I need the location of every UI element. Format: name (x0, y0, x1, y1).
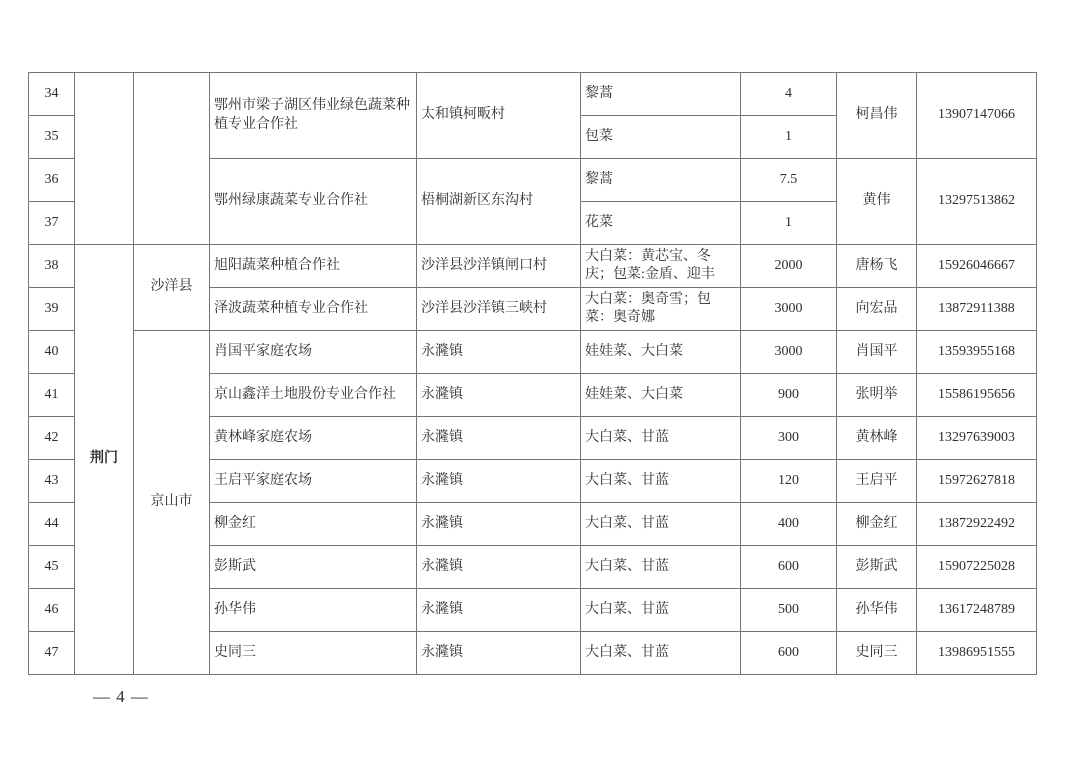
county-cell-jingshan: 京山市 (134, 331, 210, 675)
county-cell-empty (134, 73, 210, 245)
vegetable-cell: 黎蒿 (581, 159, 741, 202)
phone-cell: 15972627818 (917, 460, 1037, 503)
org-name-cell: 鄂州绿康蔬菜专业合作社 (210, 159, 417, 245)
phone-cell: 15926046667 (917, 245, 1037, 288)
quantity-cell: 600 (741, 632, 837, 675)
org-name-cell: 旭阳蔬菜种植合作社 (210, 245, 417, 288)
vegetable-cell: 大白菜、甘蓝 (581, 460, 741, 503)
org-name-cell: 孙华伟 (210, 589, 417, 632)
phone-cell: 13872922492 (917, 503, 1037, 546)
contact-cell: 王启平 (837, 460, 917, 503)
org-name-cell: 黄林峰家庭农场 (210, 417, 417, 460)
contact-cell: 彭斯武 (837, 546, 917, 589)
county-cell-shayang: 沙洋县 (134, 245, 210, 331)
phone-cell: 15586195656 (917, 374, 1037, 417)
contact-cell: 孙华伟 (837, 589, 917, 632)
contact-cell: 肖国平 (837, 331, 917, 374)
village-cell: 永漋镇 (417, 374, 581, 417)
org-name-cell: 王启平家庭农场 (210, 460, 417, 503)
vegetable-cell: 娃娃菜、大白菜 (581, 331, 741, 374)
document-page: 34 鄂州市梁子湖区伟业绿色蔬菜种植专业合作社 太和镇柯畈村 黎蒿 4 柯昌伟 … (0, 0, 1080, 764)
page-footer: — 4 — (93, 687, 149, 707)
serial-cell: 38 (29, 245, 75, 288)
quantity-cell: 600 (741, 546, 837, 589)
serial-cell: 41 (29, 374, 75, 417)
city-cell-empty (75, 73, 134, 245)
vegetable-cell: 大白菜：黄芯宝、冬庆；包菜:金盾、迎丰 (581, 245, 741, 288)
org-name-cell: 京山鑫洋土地股份专业合作社 (210, 374, 417, 417)
village-cell: 梧桐湖新区东沟村 (417, 159, 581, 245)
village-cell: 永漋镇 (417, 460, 581, 503)
village-cell: 沙洋县沙洋镇闸口村 (417, 245, 581, 288)
serial-cell: 37 (29, 202, 75, 245)
phone-cell: 13593955168 (917, 331, 1037, 374)
vegetable-cell: 大白菜、甘蓝 (581, 417, 741, 460)
phone-cell: 13297639003 (917, 417, 1037, 460)
serial-cell: 46 (29, 589, 75, 632)
contact-cell: 黄林峰 (837, 417, 917, 460)
quantity-cell: 300 (741, 417, 837, 460)
village-cell: 太和镇柯畈村 (417, 73, 581, 159)
org-name-cell: 柳金红 (210, 503, 417, 546)
org-name-cell: 史同三 (210, 632, 417, 675)
serial-cell: 34 (29, 73, 75, 116)
serial-cell: 35 (29, 116, 75, 159)
quantity-cell: 3000 (741, 288, 837, 331)
org-name-cell: 彭斯武 (210, 546, 417, 589)
vegetable-cell: 大白菜、甘蓝 (581, 632, 741, 675)
table-row: 38 荆门 沙洋县 旭阳蔬菜种植合作社 沙洋县沙洋镇闸口村 大白菜：黄芯宝、冬庆… (29, 245, 1037, 288)
vegetable-cell: 黎蒿 (581, 73, 741, 116)
village-cell: 永漋镇 (417, 632, 581, 675)
phone-cell: 13872911388 (917, 288, 1037, 331)
serial-cell: 44 (29, 503, 75, 546)
vegetable-cell: 大白菜、甘蓝 (581, 503, 741, 546)
vegetable-cell: 包菜 (581, 116, 741, 159)
phone-cell: 15907225028 (917, 546, 1037, 589)
quantity-cell: 1 (741, 116, 837, 159)
vegetable-cell: 娃娃菜、大白菜 (581, 374, 741, 417)
vegetable-cell: 大白菜、甘蓝 (581, 546, 741, 589)
contact-cell: 唐杨飞 (837, 245, 917, 288)
serial-cell: 36 (29, 159, 75, 202)
contact-cell: 柳金红 (837, 503, 917, 546)
contact-cell: 史同三 (837, 632, 917, 675)
quantity-cell: 3000 (741, 331, 837, 374)
table-row: 40 京山市 肖国平家庭农场 永漋镇 娃娃菜、大白菜 3000 肖国平 1359… (29, 331, 1037, 374)
village-cell: 沙洋县沙洋镇三峡村 (417, 288, 581, 331)
quantity-cell: 4 (741, 73, 837, 116)
contact-cell: 向宏品 (837, 288, 917, 331)
org-name-cell: 鄂州市梁子湖区伟业绿色蔬菜种植专业合作社 (210, 73, 417, 159)
contact-cell: 柯昌伟 (837, 73, 917, 159)
phone-cell: 13617248789 (917, 589, 1037, 632)
village-cell: 永漋镇 (417, 589, 581, 632)
village-cell: 永漋镇 (417, 503, 581, 546)
quantity-cell: 900 (741, 374, 837, 417)
quantity-cell: 400 (741, 503, 837, 546)
serial-cell: 47 (29, 632, 75, 675)
quantity-cell: 2000 (741, 245, 837, 288)
serial-cell: 45 (29, 546, 75, 589)
contact-cell: 张明举 (837, 374, 917, 417)
village-cell: 永漋镇 (417, 546, 581, 589)
city-cell-jingmen: 荆门 (75, 245, 134, 675)
serial-cell: 42 (29, 417, 75, 460)
phone-cell: 13297513862 (917, 159, 1037, 245)
quantity-cell: 500 (741, 589, 837, 632)
phone-cell: 13986951555 (917, 632, 1037, 675)
quantity-cell: 1 (741, 202, 837, 245)
vegetable-supply-table: 34 鄂州市梁子湖区伟业绿色蔬菜种植专业合作社 太和镇柯畈村 黎蒿 4 柯昌伟 … (28, 72, 1037, 675)
quantity-cell: 7.5 (741, 159, 837, 202)
serial-cell: 40 (29, 331, 75, 374)
vegetable-cell: 大白菜、甘蓝 (581, 589, 741, 632)
quantity-cell: 120 (741, 460, 837, 503)
contact-cell: 黄伟 (837, 159, 917, 245)
village-cell: 永漋镇 (417, 417, 581, 460)
org-name-cell: 泽波蔬菜种植专业合作社 (210, 288, 417, 331)
serial-cell: 43 (29, 460, 75, 503)
vegetable-cell: 花菜 (581, 202, 741, 245)
phone-cell: 13907147066 (917, 73, 1037, 159)
table-row: 34 鄂州市梁子湖区伟业绿色蔬菜种植专业合作社 太和镇柯畈村 黎蒿 4 柯昌伟 … (29, 73, 1037, 116)
village-cell: 永漋镇 (417, 331, 581, 374)
org-name-cell: 肖国平家庭农场 (210, 331, 417, 374)
serial-cell: 39 (29, 288, 75, 331)
vegetable-cell: 大白菜：奥奇雪；包菜：奥奇娜 (581, 288, 741, 331)
